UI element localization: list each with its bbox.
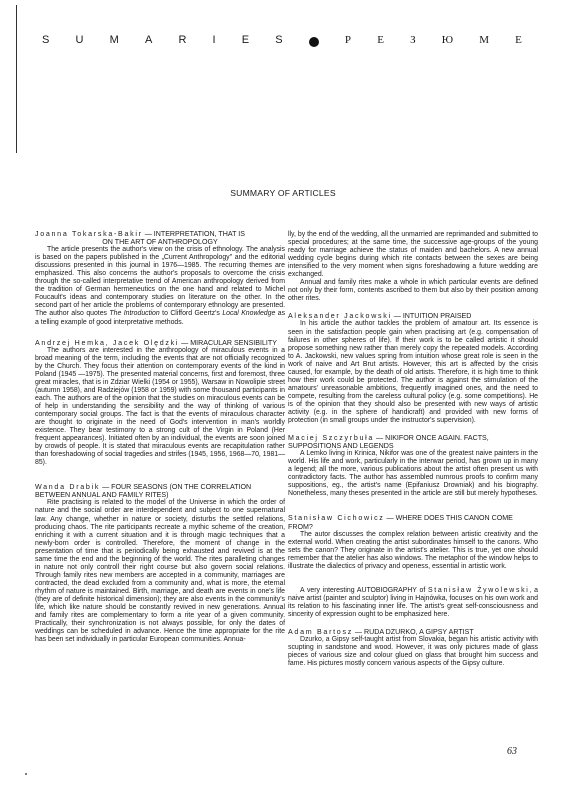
header-letter: S bbox=[42, 34, 49, 46]
article-body: A Lemko living in Krinica, Nikifor was o… bbox=[288, 450, 538, 498]
article-body: lly, by the end of the wedding, all the … bbox=[288, 231, 538, 279]
article-body: The authors are interested in the anthro… bbox=[35, 347, 285, 468]
header-letter: U bbox=[76, 34, 84, 46]
header-letter: A bbox=[145, 34, 152, 46]
article-drabik-cont: lly, by the end of the wedding, all the … bbox=[288, 231, 538, 303]
article-drabik: Wanda Drabik — FOUR SEASONS (ON THE CORR… bbox=[35, 483, 285, 644]
article-author: Stanisław Żywolewski bbox=[428, 587, 529, 594]
body-text: The article presents the author's view o… bbox=[35, 246, 285, 317]
article-title: — INTUITION PRAISED bbox=[392, 312, 472, 320]
left-column: Joanna Tokarska-Bakir — INTERPRETATION, … bbox=[35, 230, 285, 644]
article-heading: Stanisław Cichowicz — WHERE DOES THIS CA… bbox=[288, 514, 538, 530]
margin-rule bbox=[16, 5, 17, 153]
article-heading: Wanda Drabik — FOUR SEASONS (ON THE CORR… bbox=[35, 483, 285, 499]
article-author: Wanda Drabik bbox=[35, 483, 100, 491]
article-hemka: Andrzej Hemka, Jacek Olędzki — MIRACULAR… bbox=[35, 339, 285, 468]
article-body: Rite practising is related to the model … bbox=[35, 499, 285, 644]
header-letter: R bbox=[178, 34, 186, 46]
header-letter: Ю bbox=[442, 34, 453, 46]
running-header: S U M A R I E S Р Е З Ю М Е bbox=[42, 30, 522, 50]
body-text: to Clifford Geertz's bbox=[160, 310, 223, 317]
header-letter: Р bbox=[345, 34, 351, 46]
article-heading: Maciej Szczyrbuła — NIKIFOR ONCE AGAIN. … bbox=[288, 434, 538, 450]
header-letter: I bbox=[213, 34, 216, 46]
article-jackowski: Aleksander Jackowski — INTUITION PRAISED… bbox=[288, 312, 538, 425]
article-heading: Andrzej Hemka, Jacek Olędzki — MIRACULAR… bbox=[35, 339, 285, 347]
article-author: Aleksander Jackowski bbox=[288, 312, 392, 320]
header-letter: З bbox=[410, 34, 416, 46]
article-heading: Aleksander Jackowski — INTUITION PRAISED bbox=[288, 312, 538, 320]
italic-title: The Introduction bbox=[109, 310, 159, 317]
article-title: — MIRACULAR SENSIBILITY bbox=[179, 339, 277, 347]
article-author: Stanisław Cichowicz bbox=[288, 514, 385, 522]
article-author: Andrzej Hemka, Jacek Olędzki bbox=[35, 339, 179, 347]
scan-speck bbox=[25, 773, 27, 775]
body-text: A very interesting AUTOBIOGRAPHY of bbox=[300, 587, 428, 594]
article-heading: Joanna Tokarska-Bakir — INTERPRETATION, … bbox=[35, 230, 285, 246]
article-body: The autor discusses the complex relation… bbox=[288, 531, 538, 571]
article-body: Annual and family rites make a whole in … bbox=[288, 279, 538, 303]
header-letter: S bbox=[275, 34, 282, 46]
header-letter: М bbox=[479, 34, 489, 46]
page-title: SUMMARY OF ARTICLES bbox=[0, 188, 566, 198]
article-title-cont: ON THE ART OF ANTHROPOLOGY bbox=[35, 238, 285, 246]
article-body: Dzurko, a Gipsy self-taught artist from … bbox=[288, 636, 538, 668]
article-body: A very interesting AUTOBIOGRAPHY of Stan… bbox=[288, 587, 538, 619]
article-body: The article presents the author's view o… bbox=[35, 246, 285, 326]
article-heading: Adam Bartosz — RUDA DZURKO, A GIPSY ARTI… bbox=[288, 628, 538, 636]
article-cichowicz: Stanisław Cichowicz — WHERE DOES THIS CA… bbox=[288, 514, 538, 570]
article-title: — INTERPRETATION, THAT IS bbox=[143, 230, 245, 238]
article-bartosz: Adam Bartosz — RUDA DZURKO, A GIPSY ARTI… bbox=[288, 628, 538, 668]
header-letter: Е bbox=[377, 34, 384, 46]
article-szczyrbula: Maciej Szczyrbuła — NIKIFOR ONCE AGAIN. … bbox=[288, 434, 538, 498]
header-letter: M bbox=[110, 34, 119, 46]
article-zywolewski: A very interesting AUTOBIOGRAPHY of Stan… bbox=[288, 587, 538, 619]
bullet-dot-icon bbox=[309, 37, 319, 47]
page-number: 63 bbox=[507, 746, 517, 757]
right-column: lly, by the end of the wedding, all the … bbox=[288, 231, 538, 668]
header-letter: E bbox=[242, 34, 249, 46]
article-author: Maciej Szczyrbuła bbox=[288, 434, 374, 442]
article-author: Adam Bartosz bbox=[288, 628, 353, 636]
article-tokarska: Joanna Tokarska-Bakir — INTERPRETATION, … bbox=[35, 230, 285, 327]
header-letter: Е bbox=[515, 34, 522, 46]
article-author: Joanna Tokarska-Bakir bbox=[35, 230, 143, 238]
article-title: — RUDA DZURKO, A GIPSY ARTIST bbox=[353, 628, 474, 636]
italic-title: Local Knowledge bbox=[222, 310, 275, 317]
article-body: In his article the author tackles the pr… bbox=[288, 320, 538, 425]
